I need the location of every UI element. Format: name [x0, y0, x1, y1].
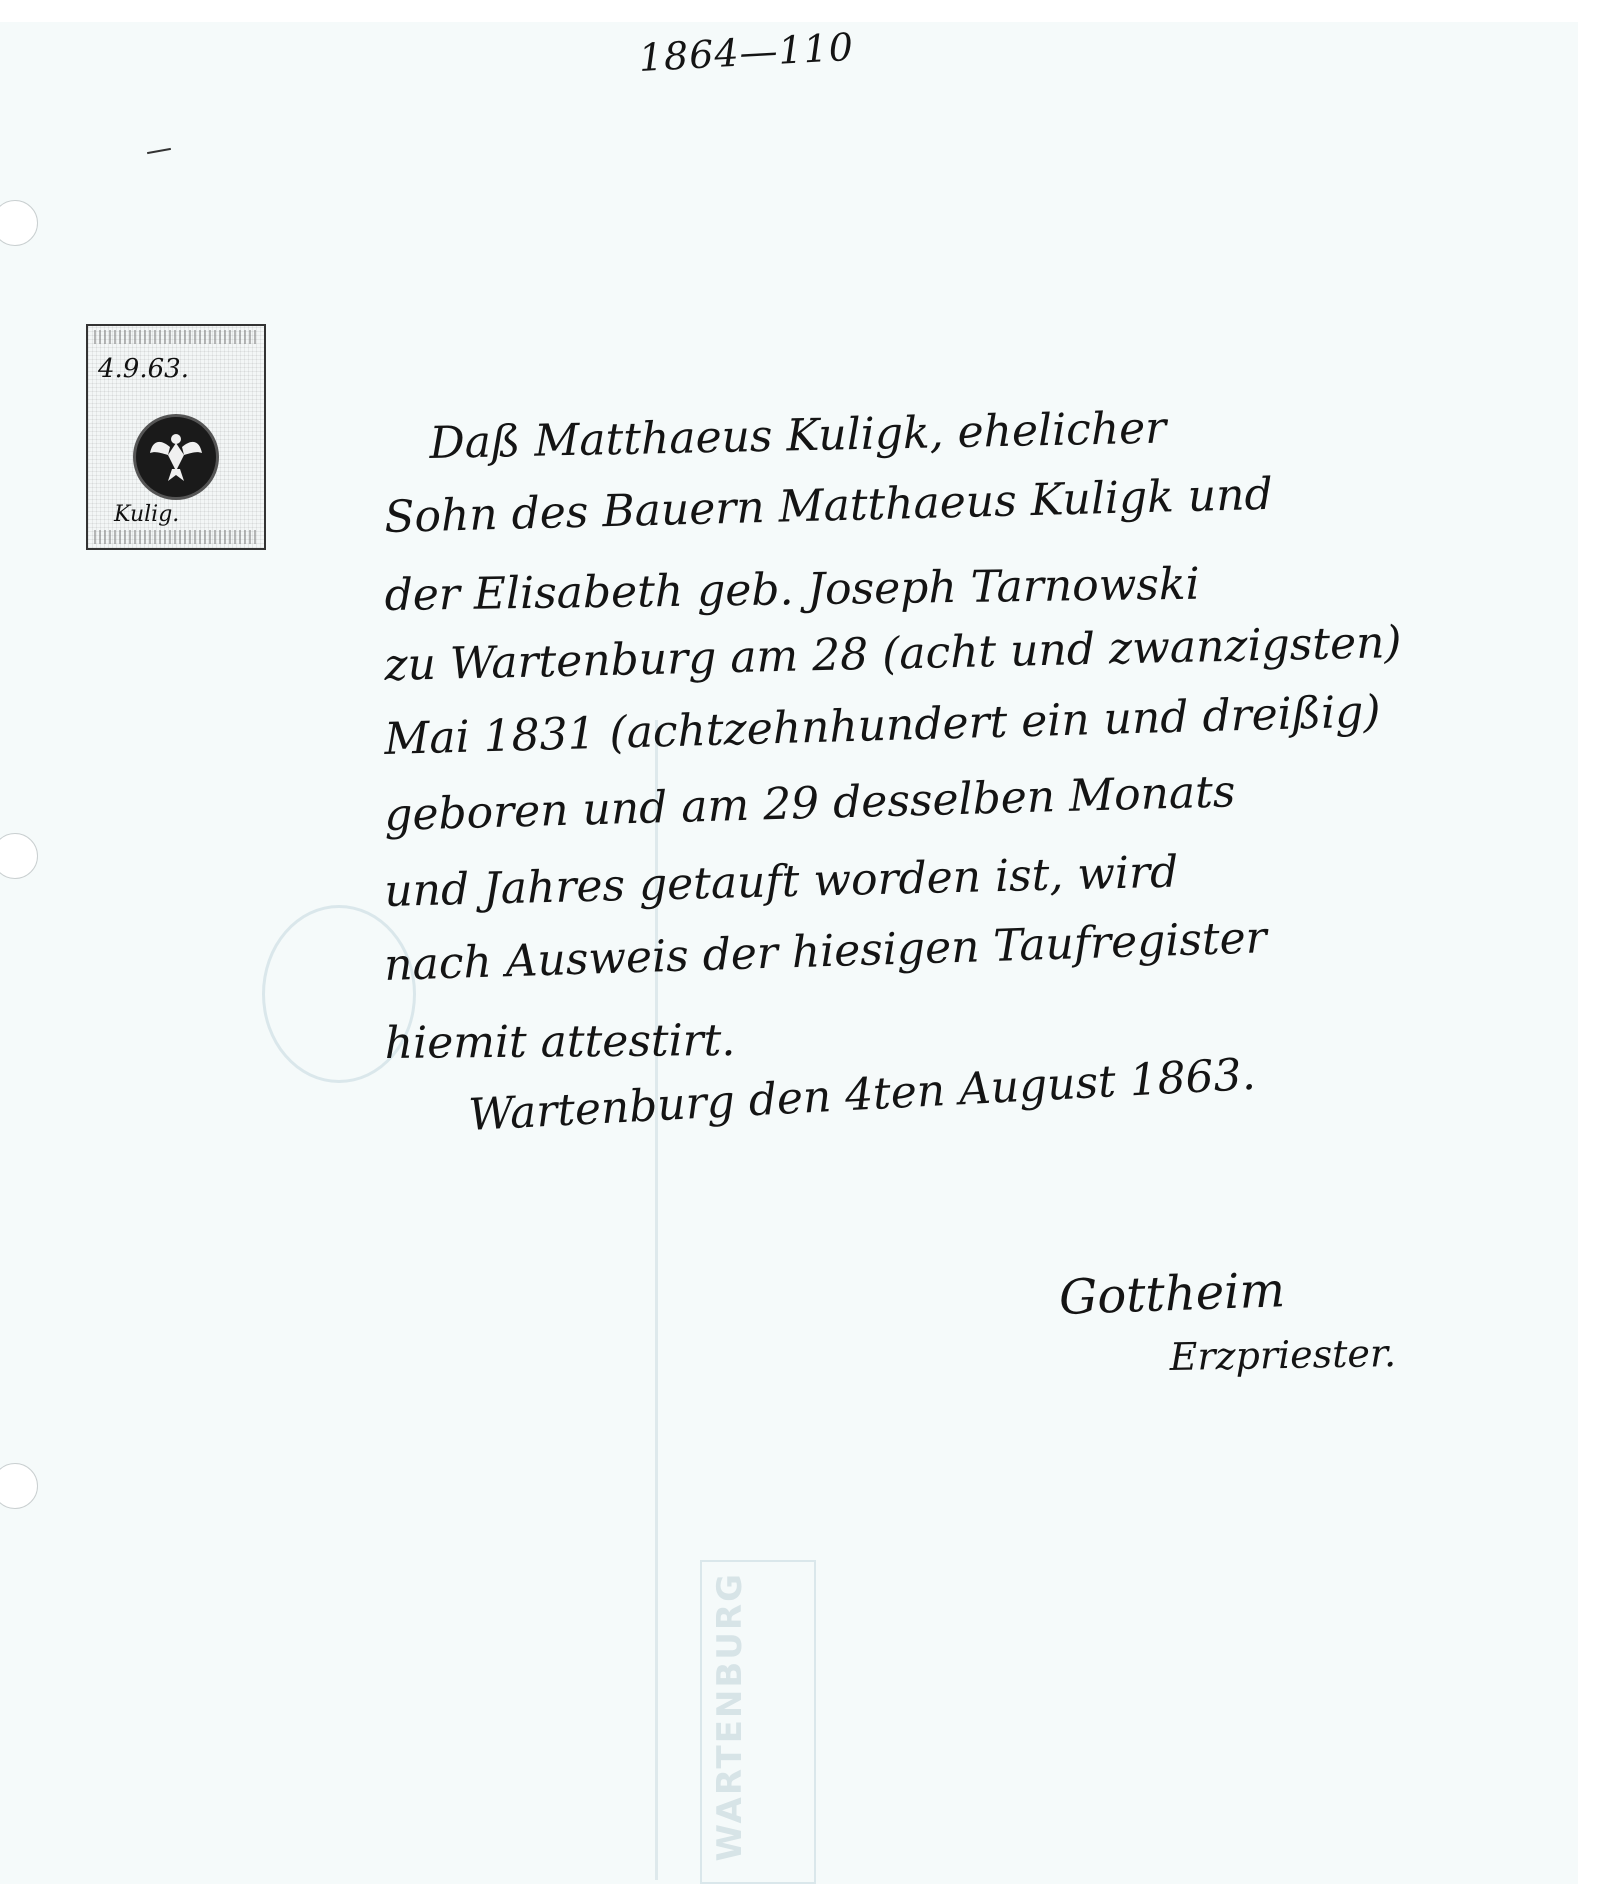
signature-title: Erzpriester.: [1169, 1331, 1396, 1379]
revenue-stamp: 4.9.63. Kulig.: [86, 324, 266, 550]
punch-hole: [0, 833, 38, 879]
punch-hole: [0, 1463, 38, 1509]
eagle-seal-icon: [133, 414, 219, 500]
faded-stamp-text: WARTENBURG: [710, 1572, 750, 1861]
body-line-9: hiemit attestirt.: [385, 1015, 736, 1069]
stamp-border-band: [94, 330, 258, 344]
faded-bleed-through-stamp: WARTENBURG: [700, 1560, 816, 1884]
stamp-date: 4.9.63.: [98, 354, 189, 384]
stamp-border-band: [94, 530, 258, 544]
stamp-signature: Kulig.: [114, 502, 179, 527]
signature-name: Gottheim: [1058, 1262, 1286, 1326]
punch-hole: [0, 200, 38, 246]
